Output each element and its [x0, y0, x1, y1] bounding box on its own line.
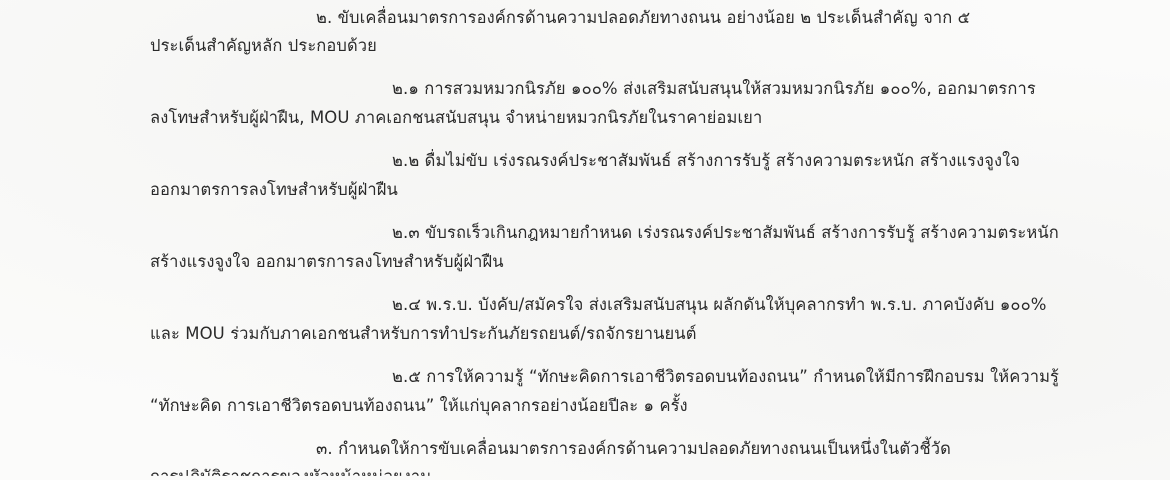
- item-2-4-line-1: ๒.๔ พ.ร.บ. บังคับ/สมัครใจ ส่งเสริมสนับสน…: [392, 294, 1047, 316]
- item-2-heading-line-2: ประเด็นสำคัญหลัก ประกอบด้วย: [150, 35, 377, 57]
- scanned-document-page: ๒. ขับเคลื่อนมาตรการองค์กรด้านความปลอดภั…: [0, 0, 1170, 480]
- item-2-1-line-1: ๒.๑ การสวมหมวกนิรภัย ๑๐๐% ส่งเสริมสนับสน…: [392, 78, 1036, 100]
- item-2-heading-line-1: ๒. ขับเคลื่อนมาตรการองค์กรด้านความปลอดภั…: [316, 7, 970, 29]
- item-3-heading-line-2-cutoff: การปฏิบัติราชการของหัวหน้าหน่วยงาน: [150, 466, 432, 480]
- item-2-4-line-2: และ MOU ร่วมกับภาคเอกชนสำหรับการทำประกัน…: [150, 323, 697, 345]
- item-2-2-line-1: ๒.๒ ดื่มไม่ขับ เร่งรณรงค์ประชาสัมพันธ์ ส…: [392, 150, 1020, 172]
- item-2-5-line-2: “ทักษะคิด การเอาชีวิตรอดบนท้องถนน” ให้แก…: [150, 395, 688, 417]
- item-3-heading-line-1: ๓. กำหนดให้การขับเคลื่อนมาตรการองค์กรด้า…: [316, 438, 951, 460]
- item-2-1-line-2: ลงโทษสำหรับผู้ฝ่าฝืน, MOU ภาคเอกชนสนับสน…: [150, 107, 762, 129]
- item-2-5-line-1: ๒.๕ การให้ความรู้ “ทักษะคิดการเอาชีวิตรอ…: [392, 366, 1059, 388]
- item-2-2-line-2: ออกมาตรการลงโทษสำหรับผู้ฝ่าฝืน: [150, 179, 398, 201]
- item-2-3-line-2: สร้างแรงจูงใจ ออกมาตรการลงโทษสำหรับผู้ฝ่…: [150, 251, 504, 273]
- item-2-3-line-1: ๒.๓ ขับรถเร็วเกินกฎหมายกำหนด เร่งรณรงค์ป…: [392, 222, 1059, 244]
